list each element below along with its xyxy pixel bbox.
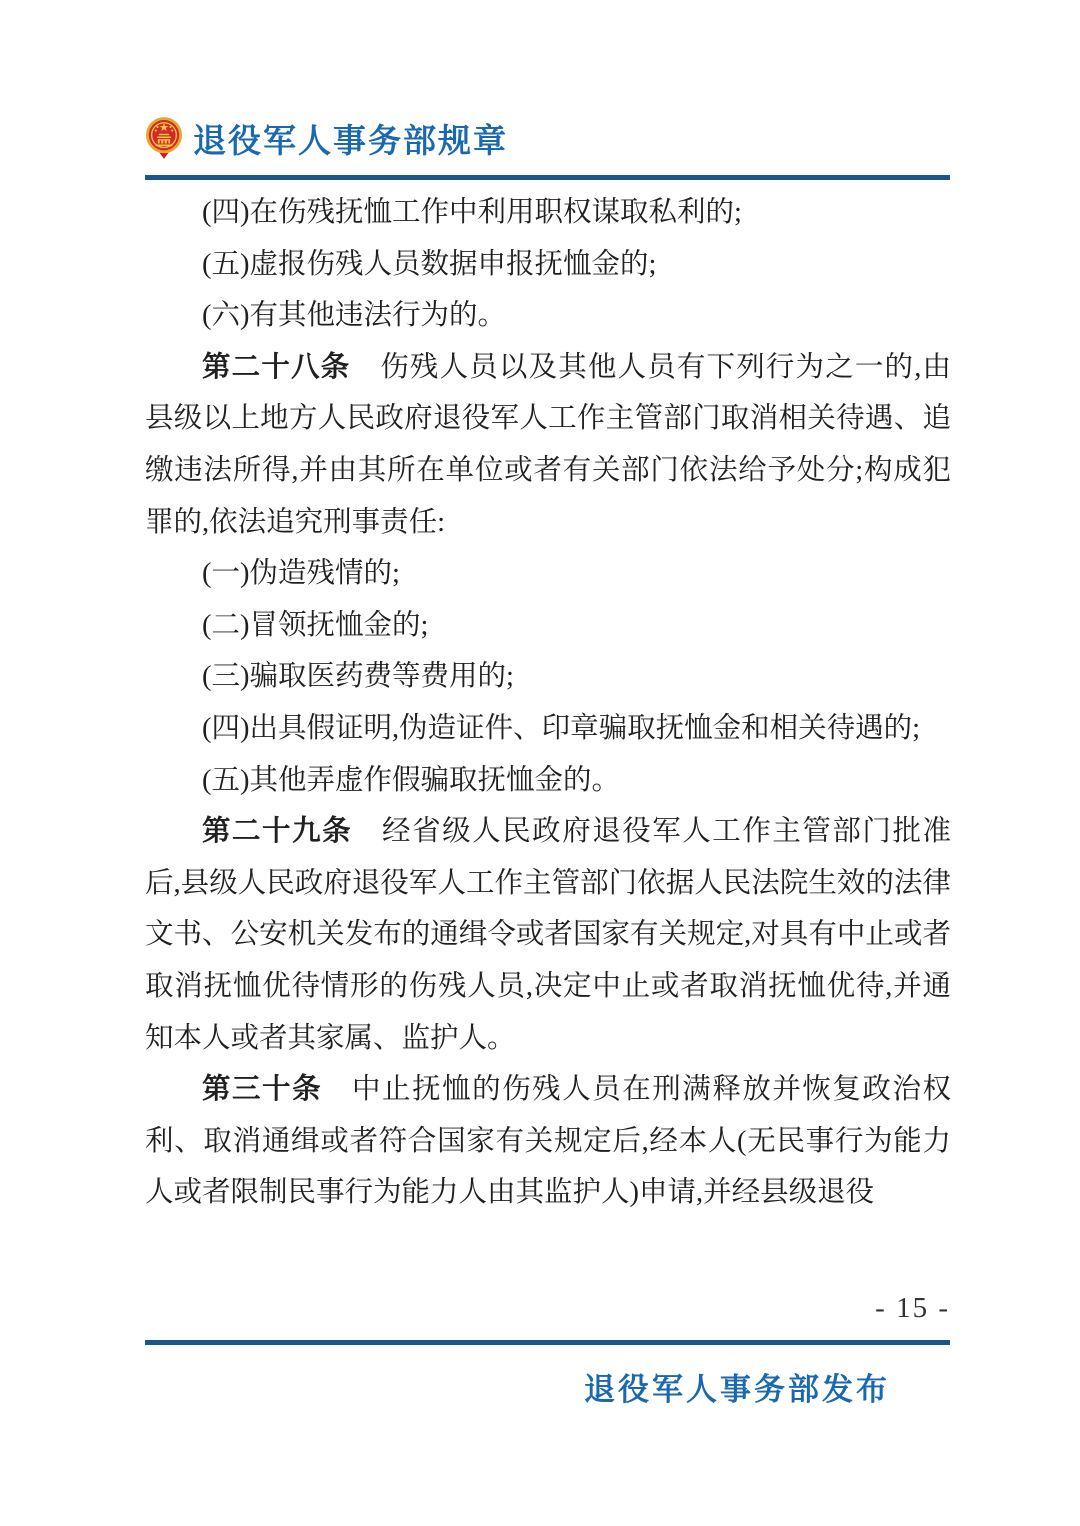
body-paragraph: (五)其他弄虚作假骗取抚恤金的。 — [145, 755, 951, 807]
paragraph-text: (三)骗取医药费等费用的; — [202, 661, 514, 692]
page-number: - 15 - — [875, 1292, 950, 1325]
footer-rule — [145, 1340, 950, 1345]
paragraph-text: (五)虚报伤残人员数据申报抚恤金的; — [202, 249, 656, 280]
article-paragraph: 第三十条中止抚恤的伤残人员在刑满释放并恢复政治权利、取消通缉或者符合国家有关规定… — [145, 1064, 951, 1219]
china-national-emblem-icon — [145, 116, 183, 160]
body-paragraph: (三)骗取医药费等费用的; — [145, 651, 951, 703]
body-paragraph: (五)虚报伤残人员数据申报抚恤金的; — [145, 239, 951, 291]
page-header: 退役军人事务部规章 — [145, 114, 508, 162]
body-paragraph: (六)有其他违法行为的。 — [145, 290, 951, 342]
publisher-label: 退役军人事务部发布 — [584, 1364, 890, 1409]
body-paragraph: (四)出具假证明,伪造证件、印章骗取抚恤金和相关待遇的; — [145, 703, 951, 755]
paragraph-text: (六)有其他违法行为的。 — [202, 300, 506, 331]
document-page: 退役军人事务部规章 (四)在伤残抚恤工作中利用职权谋取私利的;(五)虚报伤残人员… — [0, 0, 1080, 1526]
paragraph-text: (二)冒领抚恤金的; — [202, 610, 428, 641]
paragraph-text: (一)伪造残情的; — [202, 558, 400, 589]
body-paragraph: (二)冒领抚恤金的; — [145, 600, 951, 652]
body-paragraph: (四)在伤残抚恤工作中利用职权谋取私利的; — [145, 187, 951, 239]
document-body: (四)在伤残抚恤工作中利用职权谋取私利的;(五)虚报伤残人员数据申报抚恤金的;(… — [145, 187, 951, 1219]
paragraph-text: 经省级人民政府退役军人工作主管部门批准后,县级人民政府退役军人工作主管部门依据人… — [145, 816, 951, 1053]
article-paragraph: 第二十八条伤残人员以及其他人员有下列行为之一的,由县级以上地方人民政府退役军人工… — [145, 342, 951, 548]
article-number: 第二十九条 — [202, 816, 352, 847]
header-rule — [145, 175, 950, 180]
article-paragraph: 第二十九条经省级人民政府退役军人工作主管部门批准后,县级人民政府退役军人工作主管… — [145, 806, 951, 1064]
header-title: 退役军人事务部规章 — [193, 115, 508, 162]
article-number: 第二十八条 — [202, 352, 350, 383]
article-number: 第三十条 — [202, 1074, 322, 1105]
body-paragraph: (一)伪造残情的; — [145, 548, 951, 600]
paragraph-text: (四)在伤残抚恤工作中利用职权谋取私利的; — [202, 197, 742, 228]
paragraph-text: (五)其他弄虚作假骗取抚恤金的。 — [202, 765, 620, 796]
paragraph-text: (四)出具假证明,伪造证件、印章骗取抚恤金和相关待遇的; — [202, 713, 920, 744]
